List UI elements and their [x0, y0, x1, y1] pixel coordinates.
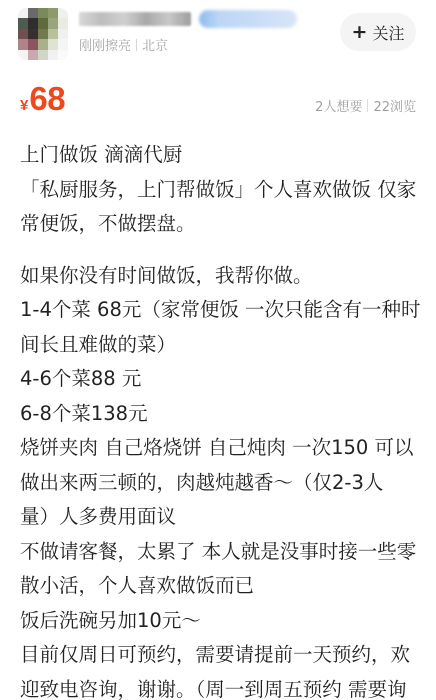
description-line: 「私厨服务，上门帮做饭」个人喜欢做饭 仅家	[20, 173, 425, 208]
description-line: 1-4个菜 68元（家常便饭 一次只能含有一种时	[20, 293, 425, 328]
follow-label: 关注	[372, 21, 404, 44]
badge-blur	[199, 10, 297, 28]
description-line: 不做请客餐，太累了 本人就是没事时接一些零	[20, 535, 425, 570]
description-line: 饭后洗碗另加10元～	[20, 604, 425, 639]
price-row: ¥ 68 2人想要 22浏览	[0, 80, 436, 120]
avatar-pixel	[18, 29, 28, 39]
price-amount: 68	[29, 80, 65, 118]
divider	[136, 39, 137, 51]
username-blur	[79, 12, 191, 26]
price: ¥ 68	[20, 80, 65, 118]
avatar-pixel	[18, 18, 28, 28]
seller-meta: 刚刚擦亮 北京	[79, 35, 168, 54]
avatar-pixel	[18, 8, 28, 18]
avatar-pixel	[58, 8, 68, 18]
avatar-pixel	[38, 18, 48, 28]
refresh-status: 刚刚擦亮	[79, 35, 131, 54]
seller-header: 刚刚擦亮 北京 + 关注	[0, 0, 436, 64]
description-line: 常便饭，不做摆盘。	[20, 207, 425, 242]
username-redacted[interactable]	[79, 9, 301, 29]
avatar-pixel	[18, 50, 28, 60]
avatar-pixel	[58, 50, 68, 60]
description-line: 烧饼夹肉 自己烙烧饼 自己炖肉 一次150 可以	[20, 431, 425, 466]
avatar[interactable]	[18, 8, 68, 60]
avatar-pixel	[48, 18, 58, 28]
divider	[367, 99, 368, 112]
listing-description: 上门做饭 滴滴代厨「私厨服务，上门帮做饭」个人喜欢做饭 仅家常便饭，不做摆盘。如…	[20, 138, 425, 700]
plus-icon: +	[352, 23, 368, 42]
avatar-pixel	[38, 29, 48, 39]
avatar-pixel	[28, 18, 38, 28]
follow-button[interactable]: + 关注	[340, 13, 416, 51]
avatar-pixel	[18, 39, 28, 49]
avatar-pixel	[38, 39, 48, 49]
description-line: 目前仅周日可预约，需要请提前一天预约，欢	[20, 638, 425, 673]
listing-stats: 2人想要 22浏览	[315, 96, 416, 115]
avatar-pixel	[28, 39, 38, 49]
description-line: 如果你没有时间做饭，我帮你做。	[20, 259, 425, 294]
avatar-pixel	[48, 50, 58, 60]
avatar-pixel	[48, 8, 58, 18]
avatar-pixel	[28, 29, 38, 39]
description-line: 6-8个菜138元	[20, 397, 425, 432]
currency-symbol: ¥	[20, 97, 28, 114]
avatar-pixel	[28, 50, 38, 60]
avatar-pixel	[28, 8, 38, 18]
avatar-pixel	[48, 39, 58, 49]
avatar-pixel	[38, 8, 48, 18]
wants-count: 2人想要	[315, 96, 362, 115]
views-count: 22浏览	[373, 96, 416, 115]
description-line: 上门做饭 滴滴代厨	[20, 138, 425, 173]
description-line: 4-6个菜88 元	[20, 362, 425, 397]
avatar-pixel	[58, 18, 68, 28]
description-line: 散小活，个人喜欢做饭而已	[20, 569, 425, 604]
avatar-pixel	[58, 29, 68, 39]
description-line: 迎致电咨询，谢谢。（周一到周五预约 需要询	[20, 673, 425, 700]
description-line: 间长且难做的菜）	[20, 328, 425, 363]
paragraph-gap	[20, 242, 425, 259]
avatar-pixel	[58, 39, 68, 49]
location: 北京	[142, 35, 168, 54]
description-line: 做出来两三顿的，肉越炖越香～（仅2-3人	[20, 466, 425, 501]
avatar-pixel	[38, 50, 48, 60]
avatar-pixel	[48, 29, 58, 39]
description-line: 量）人多费用面议	[20, 500, 425, 535]
